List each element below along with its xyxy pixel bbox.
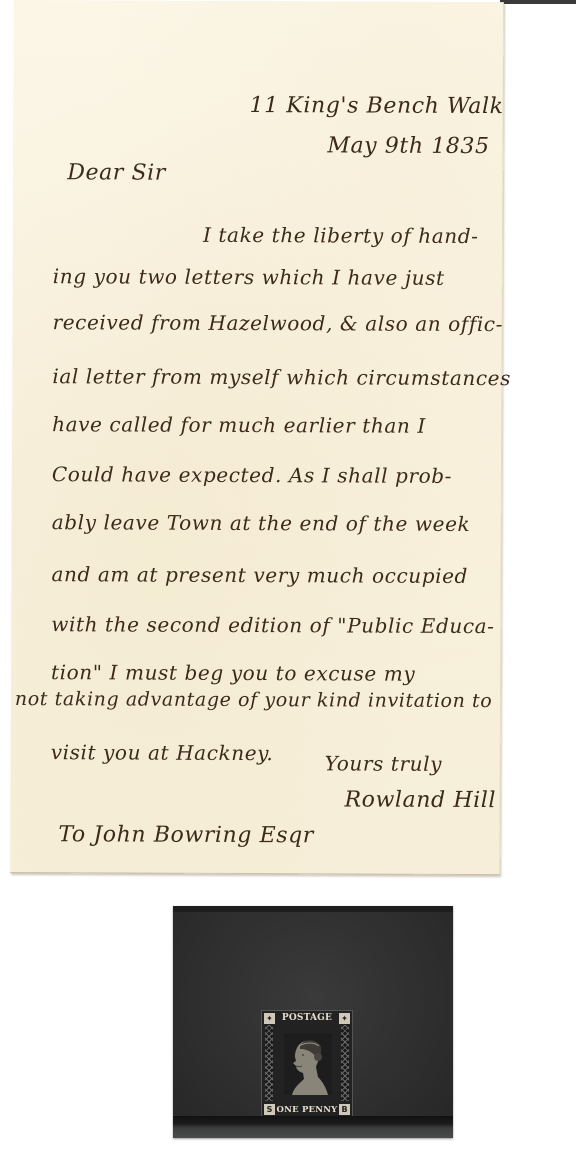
queen-victoria-portrait-icon <box>284 1033 332 1095</box>
letter-body-line: ably leave Town at the end of the week <box>52 510 471 536</box>
letter-body-line: ing you two letters which I have just <box>53 264 445 290</box>
letter-recipient: To John Bowring Esqr <box>58 822 314 848</box>
stamp-corner-star-icon: ✦ <box>264 1013 275 1024</box>
stamp-top-label: POSTAGE <box>276 1013 338 1023</box>
stamp-border-left <box>265 1025 273 1101</box>
stamp-corner-letter: B <box>339 1104 350 1115</box>
letter-body-line: I take the liberty of hand- <box>203 223 479 248</box>
letter-body-line: received from Hazelwood, & also an offic… <box>53 310 504 336</box>
stamp-mount: ✦ ✦ S B POSTAGE ONE PENNY <box>173 906 453 1138</box>
letter-body-line: and am at present very much occupied <box>51 562 468 588</box>
letter-body-line: have called for much earlier than I <box>52 412 426 438</box>
letter-salutation: Dear Sir <box>67 160 166 185</box>
letter-body-line: tion" I must beg you to excuse my <box>51 660 415 686</box>
letter-body-line: ial letter from myself which circumstanc… <box>52 364 511 390</box>
letter-body-line: Could have expected. As I shall prob- <box>52 462 452 488</box>
penny-black-stamp: ✦ ✦ S B POSTAGE ONE PENNY <box>261 1010 353 1118</box>
photo-edge-strip <box>500 0 576 4</box>
stamp-border-right <box>341 1025 349 1101</box>
handwritten-letter: 11 King's Bench Walk May 9th 1835 Dear S… <box>10 0 504 875</box>
letter-body-line: not taking advantage of your kind invita… <box>15 688 492 712</box>
stamp-corner-star-icon: ✦ <box>339 1013 350 1024</box>
letter-closing: Yours truly <box>325 751 442 776</box>
stamp-corner-letter: S <box>264 1104 275 1115</box>
letter-date: May 9th 1835 <box>327 133 489 159</box>
letter-body-line: with the second edition of "Public Educa… <box>51 612 494 638</box>
mount-bottom-band <box>173 1116 453 1138</box>
mount-top-band <box>173 906 453 912</box>
letter-body-line: visit you at Hackney. <box>51 740 274 765</box>
stamp-bottom-label: ONE PENNY <box>276 1105 338 1115</box>
letter-address: 11 King's Bench Walk <box>249 93 503 119</box>
letter-signature: Rowland Hill <box>344 787 496 813</box>
